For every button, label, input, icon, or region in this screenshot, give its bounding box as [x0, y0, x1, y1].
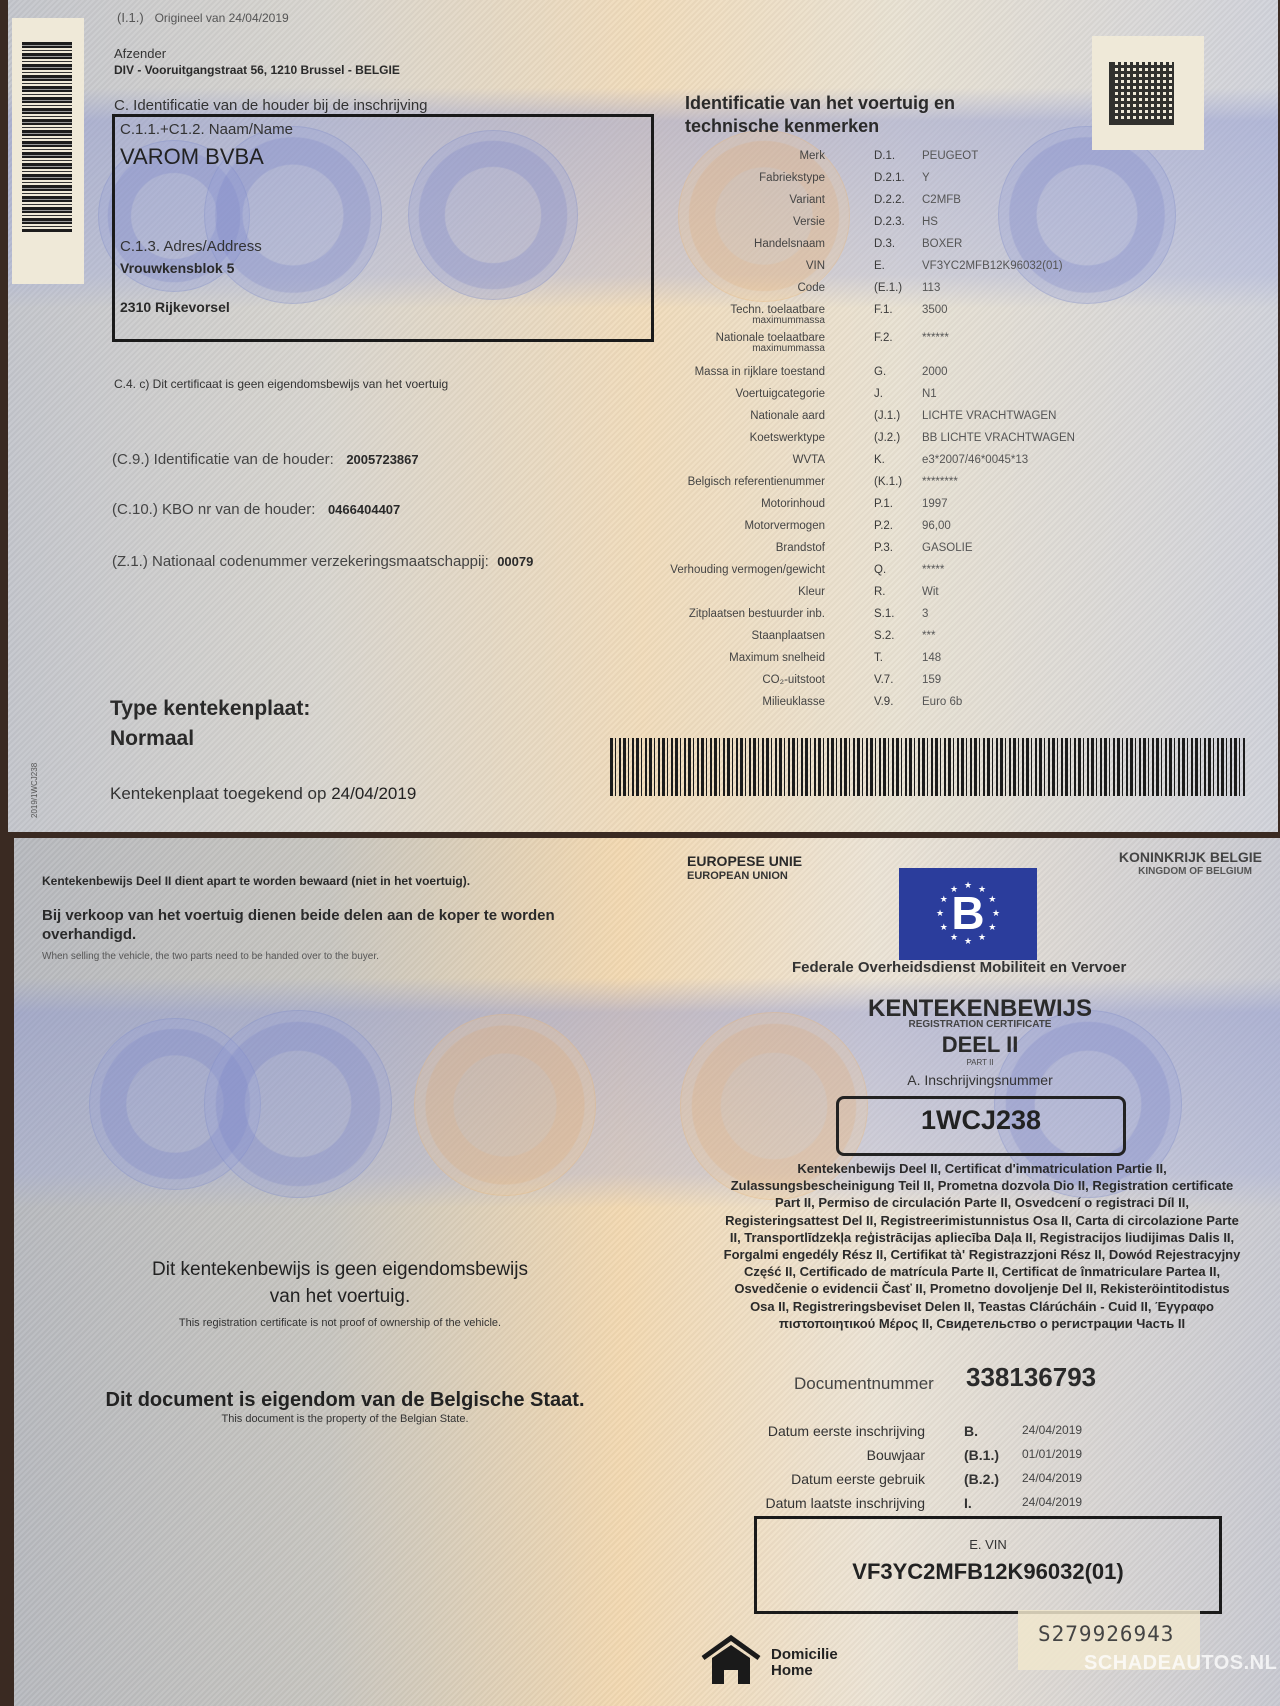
not-ownership-block: Dit kentekenbewijs is geen eigendomsbewi…: [40, 1256, 640, 1310]
spec-code: (E.1.): [874, 282, 902, 294]
spec-row: MilieuklasseV.9.Euro 6b: [640, 696, 1200, 716]
spec-row: VoertuigcategorieJ.N1: [640, 388, 1200, 408]
spec-value: N1: [922, 388, 937, 400]
home-label-en: Home: [771, 1663, 838, 1679]
spec-row: VersieD.2.3.HS: [640, 216, 1200, 236]
spec-row: Koetswerktype(J.2.)BB LICHTE VRACHTWAGEN: [640, 432, 1200, 452]
spec-code: G.: [874, 366, 886, 378]
spec-value: PEUGEOT: [922, 150, 978, 162]
wheel-watermark: [414, 1014, 596, 1196]
sale-note: Bij verkoop van het voertuig dienen beid…: [42, 906, 602, 944]
spec-row: Nationale aard(J.1.)LICHTE VRACHTWAGEN: [640, 410, 1200, 430]
spec-value: 159: [922, 674, 941, 686]
address-street: Vrouwkensblok 5: [120, 260, 234, 276]
date-row: Datum eerste inschrijvingB.24/04/2019: [760, 1423, 1100, 1447]
spec-value: VF3YC2MFB12K96032(01): [922, 260, 1063, 272]
date-row: Bouwjaar(B.1.)01/01/2019: [760, 1447, 1100, 1471]
docnum-label: Documentnummer: [794, 1374, 934, 1394]
original-code: (I.1.): [117, 10, 144, 25]
date-label: Datum laatste inschrijving: [765, 1495, 925, 1511]
sender-value: DIV - Vooruitgangstraat 56, 1210 Brussel…: [114, 63, 400, 77]
horizontal-barcode: [610, 738, 1246, 796]
eu-label-en: EUROPEAN UNION: [687, 870, 788, 882]
spec-code: D.2.3.: [874, 216, 905, 228]
spec-code: D.2.2.: [874, 194, 905, 206]
sender-label: Afzender: [114, 46, 166, 61]
spec-code: T.: [874, 652, 883, 664]
spec-value: GASOLIE: [922, 542, 973, 554]
spec-label: Massa in rijklare toestand: [695, 366, 825, 378]
spec-label: Belgisch referentienummer: [688, 476, 825, 488]
part-title: DEEL II: [760, 1032, 1200, 1058]
spec-label: Koetswerktype: [750, 432, 825, 444]
site-watermark: SCHADEAUTOS.NL: [1084, 1652, 1277, 1675]
spec-row: Belgisch referentienummer(K.1.)********: [640, 476, 1200, 496]
multilingual-title: Kentekenbewijs Deel II, Certificat d'imm…: [722, 1160, 1242, 1332]
ownership-note: C.4. c) Dit certificaat is geen eigendom…: [114, 377, 448, 391]
spec-code: D.3.: [874, 238, 895, 250]
spec-sublabel: maximummassa: [730, 316, 825, 325]
plate-assigned-label: Kentekenplaat toegekend op: [110, 784, 326, 803]
spec-value: 113: [922, 282, 940, 294]
spec-row: Nationale toelaatbaremaximummassaF.2.***…: [640, 332, 1200, 352]
spec-label: Fabriekstype: [759, 172, 825, 184]
spec-label: WVTA: [793, 454, 825, 466]
spec-row: Massa in rijklare toestandG.2000: [640, 366, 1200, 386]
keep-separate-note: Kentekenbewijs Deel II dient apart te wo…: [42, 874, 470, 888]
spec-row: KleurR.Wit: [640, 586, 1200, 606]
spec-value: 3500: [922, 304, 948, 316]
spec-value: Wit: [922, 586, 939, 598]
country-letter: B: [899, 886, 1037, 940]
spec-label: Brandstof: [776, 542, 825, 554]
holder-name: VAROM BVBA: [120, 144, 264, 170]
state-property: Dit document is eigendom van de Belgisch…: [40, 1389, 650, 1412]
spec-sublabel: maximummassa: [716, 344, 825, 353]
spec-code: E.: [874, 260, 885, 272]
spec-row: WVTAK.e3*2007/46*0045*13: [640, 454, 1200, 474]
vehicle-section-title: Identificatie van het voertuig en techni…: [685, 92, 955, 138]
sticker-number: S279926943: [1038, 1622, 1174, 1646]
not-ownership-en: This registration certificate is not pro…: [40, 1317, 640, 1329]
home-label-nl: Domicilie: [771, 1647, 838, 1663]
date-value: 24/04/2019: [1022, 1471, 1082, 1485]
spec-value: e3*2007/46*0045*13: [922, 454, 1028, 466]
insurer-row: (Z.1.) Nationaal codenummer verzekerings…: [112, 553, 533, 570]
spec-label: Maximum snelheid: [729, 652, 825, 664]
spec-value: C2MFB: [922, 194, 961, 206]
vin-value: VF3YC2MFB12K96032(01): [754, 1559, 1222, 1585]
document-number: 338136793: [966, 1362, 1096, 1393]
date-label: Bouwjaar: [867, 1447, 925, 1463]
spec-value: Euro 6b: [922, 696, 962, 708]
original-text: Origineel van 24/04/2019: [155, 11, 289, 25]
spec-value: ********: [922, 476, 958, 488]
spec-label: Verhouding vermogen/gewicht: [670, 564, 825, 576]
date-code: I.: [964, 1495, 972, 1511]
date-code: B.: [964, 1423, 978, 1439]
date-value: 24/04/2019: [1022, 1495, 1082, 1509]
spec-label: Kleur: [798, 586, 825, 598]
spec-code: K.: [874, 454, 885, 466]
spec-label: Handelsnaam: [754, 238, 825, 250]
spec-label: Zitplaatsen bestuurder inb.: [689, 608, 825, 620]
spec-row: FabriekstypeD.2.1.Y: [640, 172, 1200, 192]
holder-id-row: (C.9.) Identificatie van de houder: 2005…: [112, 451, 419, 468]
date-code: (B.1.): [964, 1447, 999, 1463]
spec-label: Versie: [793, 216, 825, 228]
spec-row: Zitplaatsen bestuurder inb.S.1.3: [640, 608, 1200, 628]
vehicle-title-line1: Identificatie van het voertuig en: [685, 92, 955, 115]
spec-code: R.: [874, 586, 886, 598]
doc-title-en: REGISTRATION CERTIFICATE: [760, 1019, 1200, 1030]
spec-value: 1997: [922, 498, 948, 510]
kbo-row: (C.10.) KBO nr van de houder: 0466404407: [112, 501, 400, 518]
spec-value: 96,00: [922, 520, 951, 532]
spec-value: 3: [922, 608, 928, 620]
spec-value: ******: [922, 332, 949, 344]
spec-row: CO₂-uitstootV.7.159: [640, 674, 1200, 694]
spec-value: BB LICHTE VRACHTWAGEN: [922, 432, 1075, 444]
spec-label: Nationale toelaatbaremaximummassa: [716, 332, 825, 353]
kbo-value: 0466404407: [328, 502, 400, 517]
insurer-value: 00079: [497, 554, 533, 569]
date-value: 24/04/2019: [1022, 1423, 1082, 1437]
spec-row: Code(E.1.)113: [640, 282, 1200, 302]
date-row: Datum eerste gebruik(B.2.)24/04/2019: [760, 1471, 1100, 1495]
spec-code: (J.2.): [874, 432, 900, 444]
not-ownership-line2: van het voertuig.: [40, 1283, 640, 1310]
plate-assigned-row: Kentekenplaat toegekend op 24/04/2019: [110, 784, 416, 804]
spec-row: HandelsnaamD.3.BOXER: [640, 238, 1200, 258]
plate-assigned-date: 24/04/2019: [331, 784, 416, 803]
spec-label: Motorinhoud: [761, 498, 825, 510]
spec-value: BOXER: [922, 238, 962, 250]
spec-value: ***: [922, 630, 935, 642]
spec-row: StaanplaatsenS.2.***: [640, 630, 1200, 650]
spec-code: D.2.1.: [874, 172, 905, 184]
not-ownership-line1: Dit kentekenbewijs is geen eigendomsbewi…: [40, 1256, 640, 1283]
spec-label: Nationale aard: [750, 410, 825, 422]
kbo-label: (C.10.) KBO nr van de houder:: [112, 501, 315, 518]
eu-flag: ★★★★★★★★★★★★ B: [899, 868, 1037, 960]
spec-row: Maximum snelheidT.148: [640, 652, 1200, 672]
home-label: Domicilie Home: [771, 1647, 838, 1679]
date-code: (B.2.): [964, 1471, 999, 1487]
date-label: Datum eerste gebruik: [791, 1471, 925, 1487]
date-label: Datum eerste inschrijving: [768, 1423, 925, 1439]
spec-value: *****: [922, 564, 944, 576]
holder-id-label: (C.9.) Identificatie van de houder:: [112, 451, 334, 468]
spec-code: V.7.: [874, 674, 893, 686]
spec-label: Voertuigcategorie: [735, 388, 825, 400]
home-icon: [700, 1634, 762, 1686]
spec-code: V.9.: [874, 696, 893, 708]
spec-code: F.2.: [874, 332, 893, 344]
spec-value: Y: [922, 172, 930, 184]
spec-label: Motorvermogen: [744, 520, 825, 532]
spec-label: Techn. toelaatbaremaximummassa: [730, 304, 825, 325]
spec-code: S.1.: [874, 608, 894, 620]
plate-label: A. Inschrijvingsnummer: [760, 1072, 1200, 1088]
authority-name: Federale Overheidsdienst Mobiliteit en V…: [792, 959, 1126, 976]
plate-type-value: Normaal: [110, 727, 194, 751]
spec-label: Code: [798, 282, 826, 294]
spec-code: (K.1.): [874, 476, 902, 488]
holder-id-value: 2005723867: [346, 452, 418, 467]
kingdom-label: KONINKRIJK BELGIE: [1119, 849, 1262, 865]
spec-label: Milieuklasse: [762, 696, 825, 708]
spec-value: 2000: [922, 366, 948, 378]
spec-row: VariantD.2.2.C2MFB: [640, 194, 1200, 214]
vin-label: E. VIN: [754, 1537, 1222, 1552]
spec-value: 148: [922, 652, 941, 664]
spec-row: BrandstofP.3.GASOLIE: [640, 542, 1200, 562]
state-property-en: This document is the property of the Bel…: [40, 1413, 650, 1425]
spec-row: VINE.VF3YC2MFB12K96032(01): [640, 260, 1200, 280]
spec-label: Variant: [789, 194, 825, 206]
vehicle-title-line2: technische kenmerken: [685, 115, 955, 138]
plate-type-label: Type kentekenplaat:: [110, 697, 310, 721]
spec-value: LICHTE VRACHTWAGEN: [922, 410, 1056, 422]
date-value: 01/01/2019: [1022, 1447, 1082, 1461]
spec-code: P.3.: [874, 542, 893, 554]
spec-code: (J.1.): [874, 410, 900, 422]
name-label: C.1.1.+C1.2. Naam/Name: [120, 121, 293, 138]
plate-number: 1WCJ238: [836, 1105, 1126, 1136]
wheel-watermark: [204, 1010, 392, 1198]
kingdom-label-en: KINGDOM OF BELGIUM: [1138, 866, 1252, 877]
spec-row: Verhouding vermogen/gewichtQ.*****: [640, 564, 1200, 584]
spec-code: P.1.: [874, 498, 893, 510]
spec-code: D.1.: [874, 150, 895, 162]
insurer-label: (Z.1.) Nationaal codenummer verzekerings…: [112, 553, 489, 570]
original-line: (I.1.) Origineel van 24/04/2019: [117, 10, 289, 25]
holder-section-title: C. Identificatie van de houder bij de in…: [114, 97, 428, 114]
spec-row: Techn. toelaatbaremaximummassaF.1.3500: [640, 304, 1200, 324]
eu-label: EUROPESE UNIE: [687, 853, 802, 869]
spec-code: Q.: [874, 564, 886, 576]
spec-code: S.2.: [874, 630, 894, 642]
address-label: C.1.3. Adres/Address: [120, 238, 262, 255]
spec-row: MotorvermogenP.2.96,00: [640, 520, 1200, 540]
vertical-barcode: [22, 42, 72, 232]
spec-row: MerkD.1.PEUGEOT: [640, 150, 1200, 170]
part-title-en: PART II: [760, 1058, 1200, 1067]
spec-label: VIN: [806, 260, 825, 272]
spec-row: MotorinhoudP.1.1997: [640, 498, 1200, 518]
spec-code: F.1.: [874, 304, 893, 316]
sale-note-en: When selling the vehicle, the two parts …: [42, 951, 379, 962]
spec-code: J.: [874, 388, 883, 400]
spec-label: Merk: [799, 150, 825, 162]
address-city: 2310 Rijkevorsel: [120, 299, 230, 315]
spec-value: HS: [922, 216, 938, 228]
spec-code: P.2.: [874, 520, 893, 532]
spec-label: CO₂-uitstoot: [762, 674, 825, 686]
side-code: 2019/1WCJ238: [30, 763, 39, 818]
datamatrix-code: [1109, 62, 1174, 125]
spec-label: Staanplaatsen: [751, 630, 825, 642]
